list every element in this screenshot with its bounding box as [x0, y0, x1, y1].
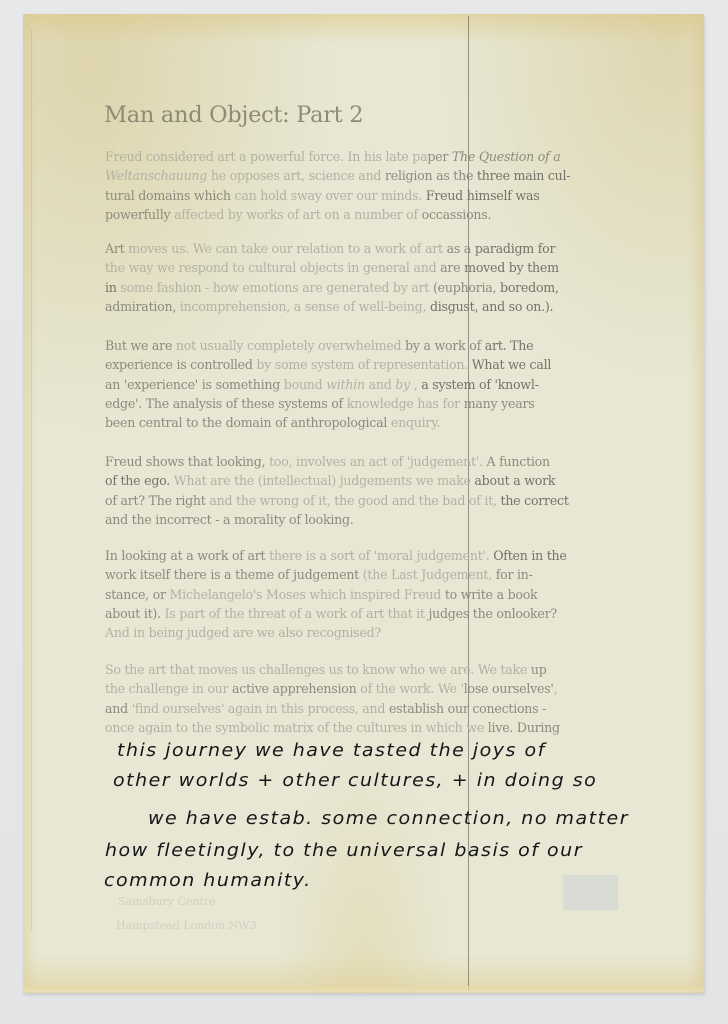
paragraph-line: And in being judged are we also recognis…: [105, 623, 665, 642]
sheet-bottom-edge: [23, 986, 704, 992]
italic-title: The Question of a: [452, 149, 561, 164]
paragraph-line: stance, or Michelangelo's Moses which in…: [105, 585, 665, 604]
paragraph-line: been central to the domain of anthropolo…: [105, 413, 665, 432]
italic-title: Weltanschauung: [105, 168, 207, 183]
paragraph-line: and 'find ourselves' again in this proce…: [105, 699, 665, 718]
paragraph-line: Freud shows that looking, too, involves …: [105, 452, 665, 471]
handwritten-line: how fleetingly, to the universal basis o…: [105, 840, 583, 861]
paragraph-line: Art moves us. We can take our relation t…: [105, 239, 665, 258]
paragraph-1: Freud considered art a powerful force. I…: [105, 147, 665, 224]
text-segment: Freud considered art a powerful force. I…: [105, 149, 427, 164]
paragraph-line: experience is controlled by some system …: [105, 355, 665, 374]
paragraph-line: the challenge in our active apprehension…: [105, 679, 665, 698]
paragraph-6: So the art that moves us challenges us t…: [105, 660, 665, 737]
paragraph-2: Art moves us. We can take our relation t…: [105, 239, 665, 316]
paragraph-line: tural domains which can hold sway over o…: [105, 186, 665, 205]
paragraph-line: an 'experience' is something bound withi…: [105, 375, 665, 394]
paragraph-3: But we are not usually completely overwh…: [105, 336, 665, 432]
paragraph-5: In looking at a work of art there is a s…: [105, 546, 665, 642]
paragraph-line: work itself there is a theme of judgemen…: [105, 565, 665, 584]
handwritten-line: we have estab. some connection, no matte…: [148, 808, 629, 829]
paragraph-line: admiration, incomprehension, a sense of …: [105, 297, 665, 316]
paragraph-line: of art? The right and the wrong of it, t…: [105, 491, 665, 510]
photo-background: Man and Object: Part 2 Freud considered …: [0, 0, 728, 1024]
show-through-patch: [563, 875, 618, 910]
paragraph-4: Freud shows that looking, too, involves …: [105, 452, 665, 529]
paragraph-line: Weltanschauung he opposes art, science a…: [105, 166, 665, 185]
paragraph-line: So the art that moves us challenges us t…: [105, 660, 665, 679]
paragraph-line: powerfully affected by works of art on a…: [105, 205, 665, 224]
paragraph-line: But we are not usually completely overwh…: [105, 336, 665, 355]
paragraph-line: Freud considered art a powerful force. I…: [105, 147, 665, 166]
paragraph-line: about it). Is part of the threat of a wo…: [105, 604, 665, 623]
paragraph-line: of the ego. What are the (intellectual) …: [105, 471, 665, 490]
page-title: Man and Object: Part 2: [104, 102, 363, 128]
sheet-edge-shadow: [31, 30, 32, 930]
handwritten-line: common humanity.: [104, 870, 312, 891]
paragraph-line: edge'. The analysis of these systems of …: [105, 394, 665, 413]
text-segment: per: [427, 149, 452, 164]
handwritten-line: this journey we have tasted the joys of: [117, 740, 546, 761]
handwritten-line: other worlds + other cultures, + in doin…: [113, 770, 597, 791]
paragraph-line: once again to the symbolic matrix of the…: [105, 718, 665, 737]
paragraph-line: In looking at a work of art there is a s…: [105, 546, 665, 565]
paragraph-line: and the incorrect - a morality of lookin…: [105, 510, 665, 529]
show-through-text: Hampstead London NW3: [116, 919, 256, 932]
show-through-text: Sainsbury Centre: [118, 895, 216, 908]
paragraph-line: the way we respond to cultural objects i…: [105, 258, 665, 277]
paragraph-line: in some fashion - how emotions are gener…: [105, 278, 665, 297]
